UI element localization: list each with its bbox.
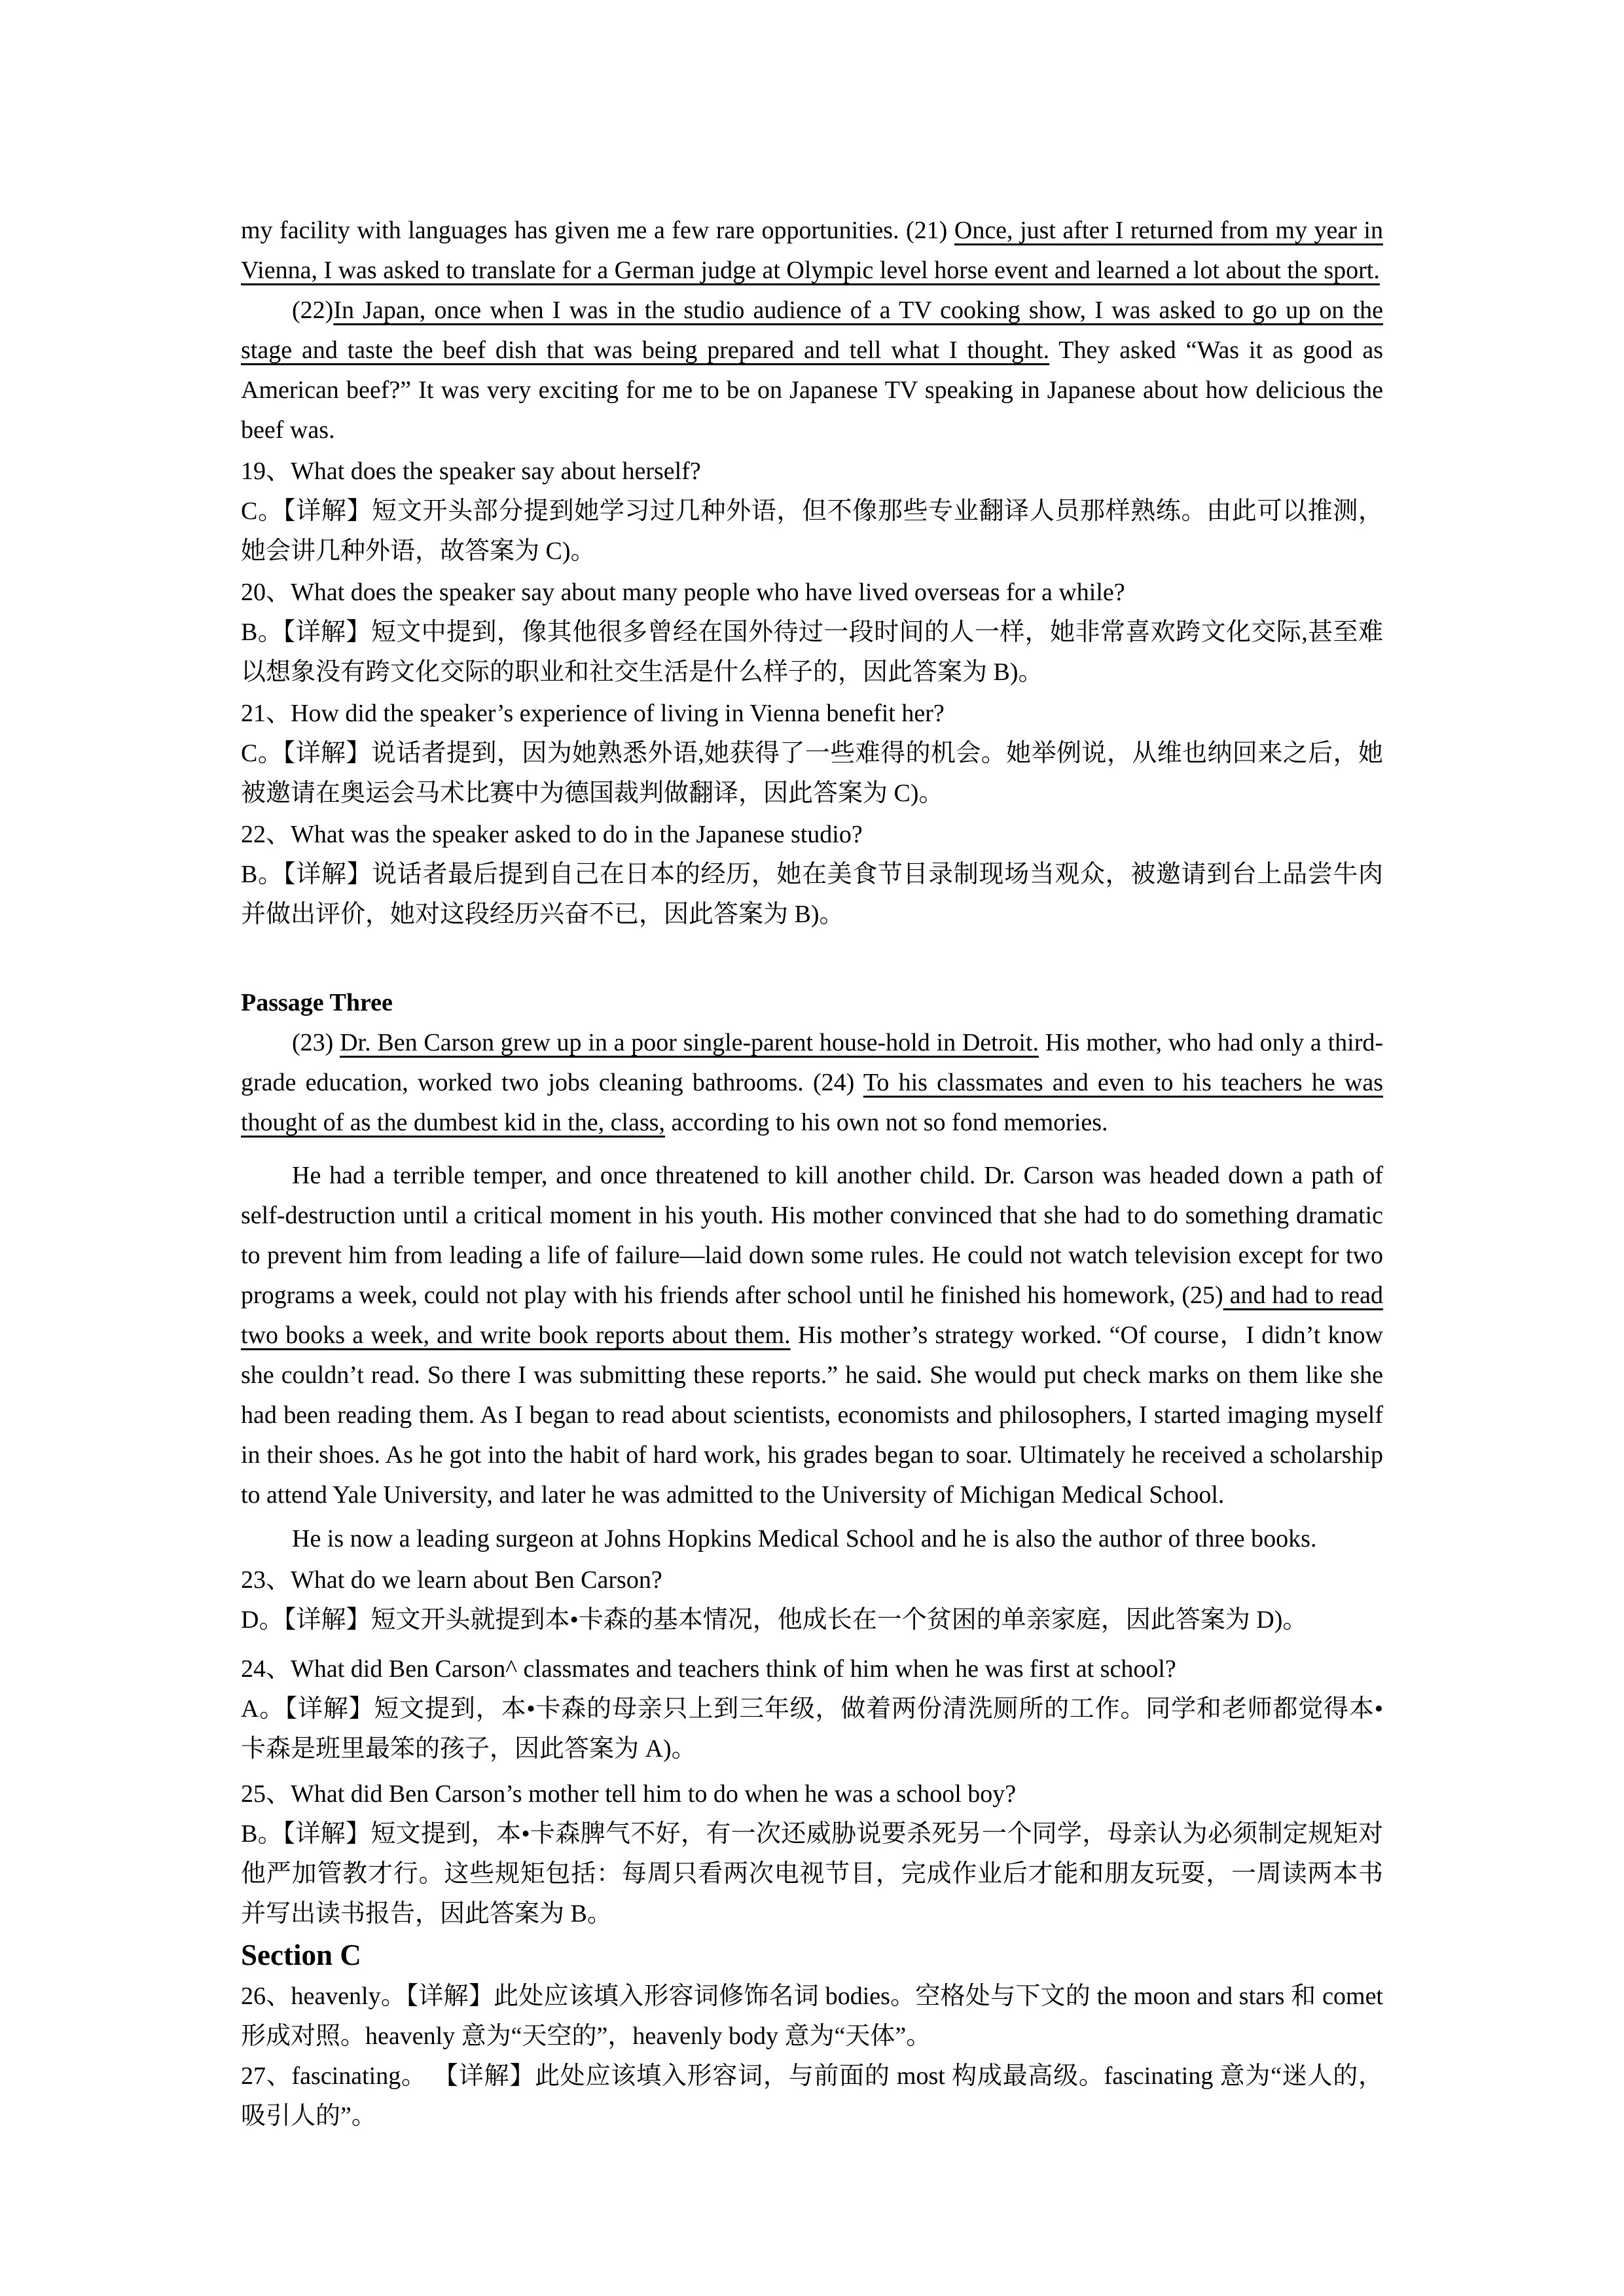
underlined-text: Dr. Ben Carson grew up in a poor single-… [340,1029,1039,1056]
answer-20: B。【详解】短文中提到，像其他很多曾经在国外待过一段时间的人一样，她非常喜欢跨文… [241,613,1383,692]
text-run: B。【详解】说话者最后提到自己在日本的经历，她在美食节目录制现场当观众，被邀请到… [241,861,1383,928]
text-run: His mother’s strategy worked. “Of course… [241,1321,1383,1509]
text-run: (23) [292,1029,340,1056]
answer-21: C。【详解】说话者提到，因为她熟悉外语,她获得了一些难得的机会。她举例说，从维也… [241,734,1383,814]
passage-continuation-para: my facility with languages has given me … [241,211,1383,291]
passage-three-para-1: (23) Dr. Ben Carson grew up in a poor si… [241,1023,1383,1143]
question-25: 25、What did Ben Carson’s mother tell him… [241,1774,1383,1814]
text-run: D。【详解】短文开头就提到本•卡森的基本情况，他成长在一个贫困的单亲家庭，因此答… [241,1606,1307,1634]
text-run: (22) [292,296,333,324]
text-run: according to his own not so fond memorie… [665,1109,1108,1136]
text-run: 21、How did the speaker’s experience of l… [241,700,945,727]
item-27: 27、fascinating。 【详解】此处应该填入形容词，与前面的 most … [241,2056,1383,2136]
text-run: C。【详解】说话者提到，因为她熟悉外语,她获得了一些难得的机会。她举例说，从维也… [241,740,1383,807]
text-run: B。【详解】短文中提到，像其他很多曾经在国外待过一段时间的人一样，她非常喜欢跨文… [241,619,1383,686]
text-run: my facility with languages has given me … [241,217,954,244]
text-run: He is now a leading surgeon at Johns Hop… [292,1525,1316,1552]
text-run: 23、What do we learn about Ben Carson? [241,1566,662,1594]
text-run: 19、What does the speaker say about herse… [241,457,701,485]
text-run: A。【详解】短文提到，本•卡森的母亲只上到三年级，做着两份清洗厕所的工作。同学和… [241,1695,1383,1763]
text-run: C。【详解】短文开头部分提到她学习过几种外语，但不像那些专业翻译人员那样熟练。由… [241,497,1383,565]
passage-para-22: (22)In Japan, once when I was in the stu… [241,291,1383,450]
item-26: 26、heavenly。【详解】此处应该填入形容词修饰名词 bodies。空格处… [241,1977,1383,2056]
passage-three-heading: Passage Three [241,983,1383,1023]
answer-19: C。【详解】短文开头部分提到她学习过几种外语，但不像那些专业翻译人员那样熟练。由… [241,492,1383,571]
text-run: 22、What was the speaker asked to do in t… [241,821,863,848]
answer-22: B。【详解】说话者最后提到自己在日本的经历，她在美食节目录制现场当观众，被邀请到… [241,855,1383,935]
passage-three-para-2: He had a terrible temper, and once threa… [241,1156,1383,1515]
text-run: Section C [241,1939,361,1971]
text-run: 20、What does the speaker say about many … [241,579,1125,606]
question-21: 21、How did the speaker’s experience of l… [241,694,1383,734]
text-run: He had a terrible temper, and once threa… [241,1162,1383,1309]
question-23: 23、What do we learn about Ben Carson? [241,1560,1383,1600]
document-body: my facility with languages has given me … [241,211,1383,2136]
question-19: 19、What does the speaker say about herse… [241,452,1383,492]
document-page: my facility with languages has given me … [0,0,1624,2296]
question-22: 22、What was the speaker asked to do in t… [241,815,1383,855]
answer-23: D。【详解】短文开头就提到本•卡森的基本情况，他成长在一个贫困的单亲家庭，因此答… [241,1600,1383,1640]
passage-three-para-3: He is now a leading surgeon at Johns Hop… [241,1519,1383,1559]
answer-24: A。【详解】短文提到，本•卡森的母亲只上到三年级，做着两份清洗厕所的工作。同学和… [241,1689,1383,1769]
question-24: 24、What did Ben Carson^ classmates and t… [241,1649,1383,1689]
text-run: Passage Three [241,989,393,1016]
text-run: 26、heavenly。【详解】此处应该填入形容词修饰名词 bodies。空格处… [241,1982,1383,2050]
section-c-heading: Section C [241,1935,1383,1975]
text-run: 25、What did Ben Carson’s mother tell him… [241,1780,1016,1808]
answer-25: B。【详解】短文提到，本•卡森脾气不好，有一次还威胁说要杀死另一个同学，母亲认为… [241,1814,1383,1934]
text-run: 27、fascinating。 【详解】此处应该填入形容词，与前面的 most … [241,2062,1383,2130]
text-run: 24、What did Ben Carson^ classmates and t… [241,1655,1176,1683]
text-run: B。【详解】短文提到，本•卡森脾气不好，有一次还威胁说要杀死另一个同学，母亲认为… [241,1820,1383,1928]
question-20: 20、What does the speaker say about many … [241,573,1383,613]
